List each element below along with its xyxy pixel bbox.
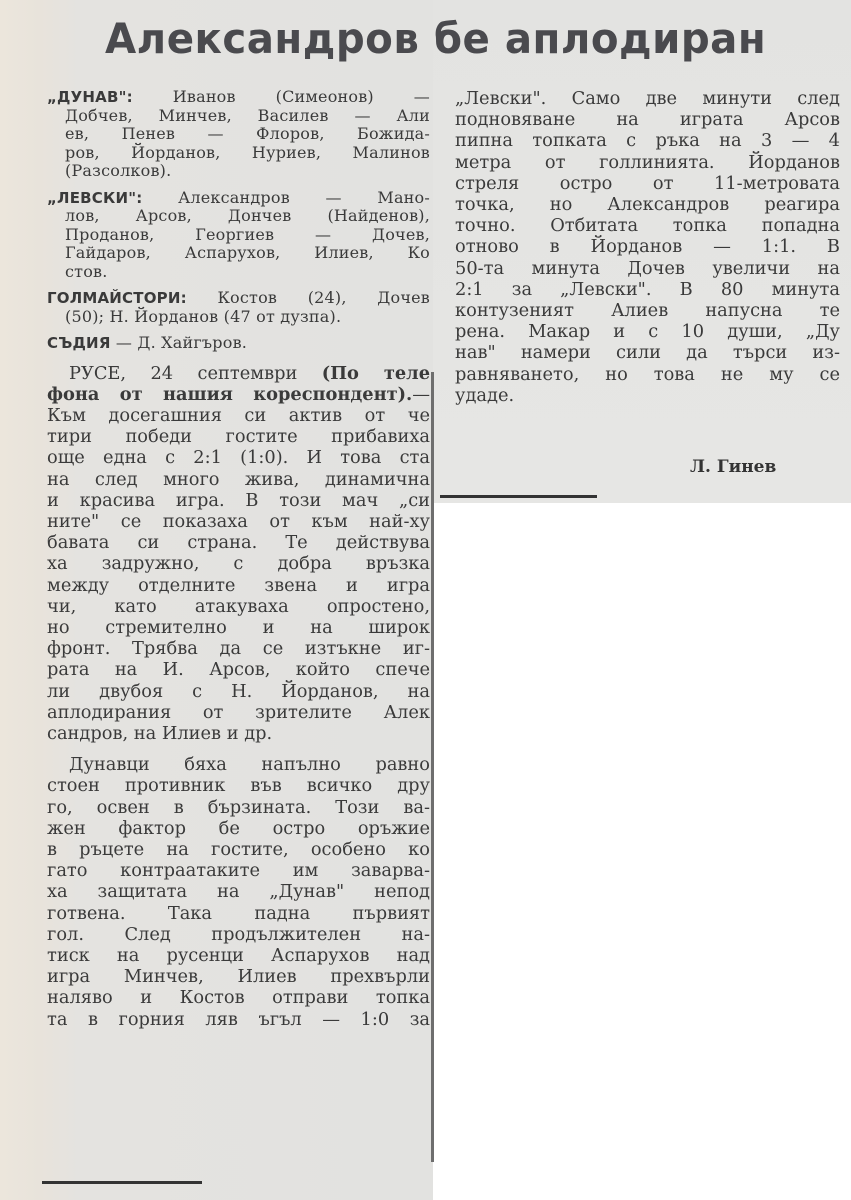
text-line: ха задружно, с добра връзка — [47, 553, 430, 574]
text-line: в ръцете на гостите, особено ко — [47, 839, 430, 860]
text-line: гато контраатаките им заварва- — [47, 860, 430, 881]
goalscorers: ГОЛМАЙСТОРИ: Костов (24), Дочев (50); Н.… — [47, 289, 430, 326]
text-line: готвена. Така падна първият — [47, 903, 430, 924]
text-line: наляво и Костов отправи топка — [47, 987, 430, 1008]
article-headline: Александров бе аплодиран — [105, 14, 777, 63]
text-line: нав" намери сили да търси из- — [455, 342, 840, 363]
end-rule-left — [42, 1181, 202, 1184]
author-signature: Л. Гинев — [690, 457, 776, 477]
end-rule-right — [440, 495, 597, 498]
text-line: 2:1 за „Левски". В 80 минута — [455, 279, 840, 300]
referee-label: СЪДИЯ — [47, 334, 111, 352]
lineup-levski: „ЛЕВСКИ": Александров — Мано- лов, Арсов… — [47, 189, 430, 282]
text-line: пипна топката с ръка на 3 — 4 — [455, 130, 840, 151]
text-line: равняването, но това не му се — [455, 364, 840, 385]
text-line: бавата си страна. Те действува — [47, 532, 430, 553]
referee: СЪДИЯ — Д. Хайгъров. — [47, 334, 430, 353]
text-line: гол. След продължителен на- — [47, 924, 430, 945]
text-line: Дунавци бяха напълно равно — [47, 754, 430, 775]
text-line: ните" се показаха от към най-ху — [47, 511, 430, 532]
text-line: но стремително и на широк — [47, 617, 430, 638]
text-line: на след много жива, динамична — [47, 469, 430, 490]
right-column: „Левски". Само две минути следподновяван… — [455, 88, 840, 406]
text-line: рена. Макар и с 10 души, „Ду — [455, 321, 840, 342]
text-line: удаде. — [455, 385, 840, 406]
column-divider — [431, 372, 434, 1162]
text-line: рата на И. Арсов, който спече — [47, 659, 430, 680]
text-line: „Левски". Само две минути след — [455, 88, 840, 109]
text-line: ха защитата на „Дунав" непод — [47, 881, 430, 902]
text-line: фронт. Трябва да се изтъкне иг- — [47, 638, 430, 659]
text-line: тири победи гостите прибавиха — [47, 426, 430, 447]
left-column: „ДУНАВ": Иванов (Симеонов) — Добчев, Мин… — [47, 88, 430, 1030]
text-line: го, освен в бързината. Този ва- — [47, 797, 430, 818]
text-line: тиск на русенци Аспарухов над — [47, 945, 430, 966]
text-line: игра Минчев, Илиев прехвърли — [47, 966, 430, 987]
text-line: та в горния ляв ъгъл — 1:0 за — [47, 1009, 430, 1030]
text-line: и красива игра. В този мач „си — [47, 490, 430, 511]
team-label-dunav: „ДУНАВ": — [47, 88, 133, 106]
text-line: 50-та минута Дочев увеличи на — [455, 258, 840, 279]
text-line: чи, като атакуваха опростено, — [47, 596, 430, 617]
lineup-dunav: „ДУНАВ": Иванов (Симеонов) — Добчев, Мин… — [47, 88, 430, 181]
text-line: контузеният Алиев напусна те — [455, 300, 840, 321]
scorers-label: ГОЛМАЙСТОРИ: — [47, 289, 187, 307]
article-body: РУСЕ, 24 септември (По теле фона от наши… — [47, 363, 430, 1030]
text-line: точка, но Александров реагира — [455, 194, 840, 215]
text-line: жен фактор бе остро оръжие — [47, 818, 430, 839]
text-line: отново в Йорданов — 1:1. В — [455, 236, 840, 257]
text-line: метра от голлинията. Йорданов — [455, 152, 840, 173]
text-line: аплодирания от зрителите Алек — [47, 702, 430, 723]
text-line: още една с 2:1 (1:0). И това ста — [47, 447, 430, 468]
text-line: стоен противник във всичко дру — [47, 775, 430, 796]
text-line: ли двубоя с Н. Йорданов, на — [47, 681, 430, 702]
text-line: стреля остро от 11-метровата — [455, 173, 840, 194]
text-line: Към досегашния си актив от че — [47, 405, 430, 426]
paragraph-continued: „Левски". Само две минути следподновяван… — [455, 88, 840, 406]
text-line: подновяване на играта Арсов — [455, 109, 840, 130]
text-line: сандров, на Илиев и др. — [47, 723, 430, 744]
text-line: точно. Отбитата топка попадна — [455, 215, 840, 236]
paragraph-2: Дунавци бяха напълно равностоен противни… — [47, 754, 430, 1030]
dateline: РУСЕ, 24 септември — [69, 363, 297, 384]
paragraph-1: Към досегашния си актив от четири победи… — [47, 405, 430, 744]
team-label-levski: „ЛЕВСКИ": — [47, 189, 142, 207]
text-line: между отделните звена и игра — [47, 575, 430, 596]
